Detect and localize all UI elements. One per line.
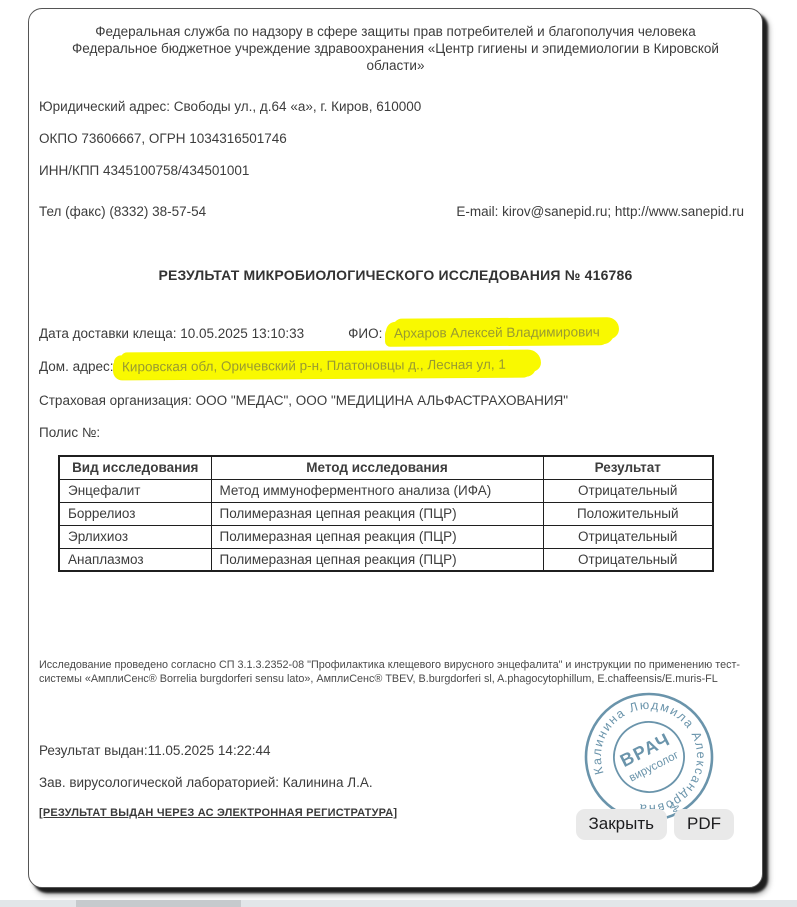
pdf-button[interactable]: PDF [674,809,734,840]
table-row: Энцефалит Метод иммуноферментного анализ… [59,479,713,502]
test-result-cell: Отрицательный [543,479,713,502]
table-header-row: Вид исследования Метод исследования Резу… [59,456,713,479]
insurance-organization: Страховая организация: ООО "МЕДАС", ООО … [39,393,752,408]
table-row: Анаплазмоз Полимеразная цепная реакция (… [59,548,713,571]
test-type-cell: Боррелиоз [59,502,211,525]
results-table: Вид исследования Метод исследования Резу… [58,455,714,572]
col-header-result: Результат [543,456,713,479]
test-type-cell: Эрлихиоз [59,525,211,548]
test-method-cell: Полимеразная цепная реакция (ПЦР) [211,548,543,571]
phone-fax: Тел (факс) (8332) 38-57-54 [39,204,206,219]
test-method-cell: Метод иммуноферментного анализа (ИФА) [211,479,543,502]
test-type-cell: Энцефалит [59,479,211,502]
test-result-cell: Отрицательный [543,548,713,571]
delivery-fio-row: Дата доставки клеща: 10.05.2025 13:10:33… [39,321,752,345]
test-method-cell: Полимеразная цепная реакция (ПЦР) [211,502,543,525]
table-row: Боррелиоз Полимеразная цепная реакция (П… [59,502,713,525]
dialog-actions: Закрыть PDF [576,809,734,840]
col-header-method: Метод исследования [211,456,543,479]
result-document-card: Федеральная служба по надзору в сфере за… [28,8,763,888]
inn-kpp: ИНН/КПП 4345100758/434501001 [39,163,752,178]
organization-header: Федеральная служба по надзору в сфере за… [56,23,736,74]
legal-address: Юридический адрес: Свободы ул., д.64 «а»… [39,99,752,114]
col-header-type: Вид исследования [59,456,211,479]
email-website: E-mail: kirov@sanepid.ru; http://www.san… [456,204,744,219]
tick-delivery-date: Дата доставки клеща: 10.05.2025 13:10:33 [39,326,304,341]
test-result-cell: Отрицательный [543,525,713,548]
fio-label: ФИО: [348,326,382,341]
contacts-row: Тел (факс) (8332) 38-57-54 E-mail: kirov… [39,204,752,219]
policy-number: Полис №: [39,425,752,440]
test-type-cell: Анаплазмоз [59,548,211,571]
test-result-cell: Положительный [543,502,713,525]
home-address-label: Дом. адрес: [39,359,114,374]
table-row: Эрлихиоз Полимеразная цепная реакция (ПЦ… [59,525,713,548]
home-address-row: Дом. адрес: Кировская обл, Оричевский р-… [39,354,752,378]
horizontal-scrollbar-thumb[interactable] [76,900,241,907]
page-title: РЕЗУЛЬТАТ МИКРОБИОЛОГИЧЕСКОГО ИССЛЕДОВАН… [39,267,752,283]
test-method-cell: Полимеразная цепная реакция (ПЦР) [211,525,543,548]
horizontal-scrollbar-track[interactable] [0,900,797,907]
fio-redaction-highlight: Архаров Алексей Владимирович [386,320,614,346]
okpo-ogrn: ОКПО 73606667, ОГРН 1034316501746 [39,131,752,146]
address-redaction-highlight: Кировская обл, Оричевский р-н, Платоновц… [113,353,535,380]
close-button[interactable]: Закрыть [576,809,667,840]
